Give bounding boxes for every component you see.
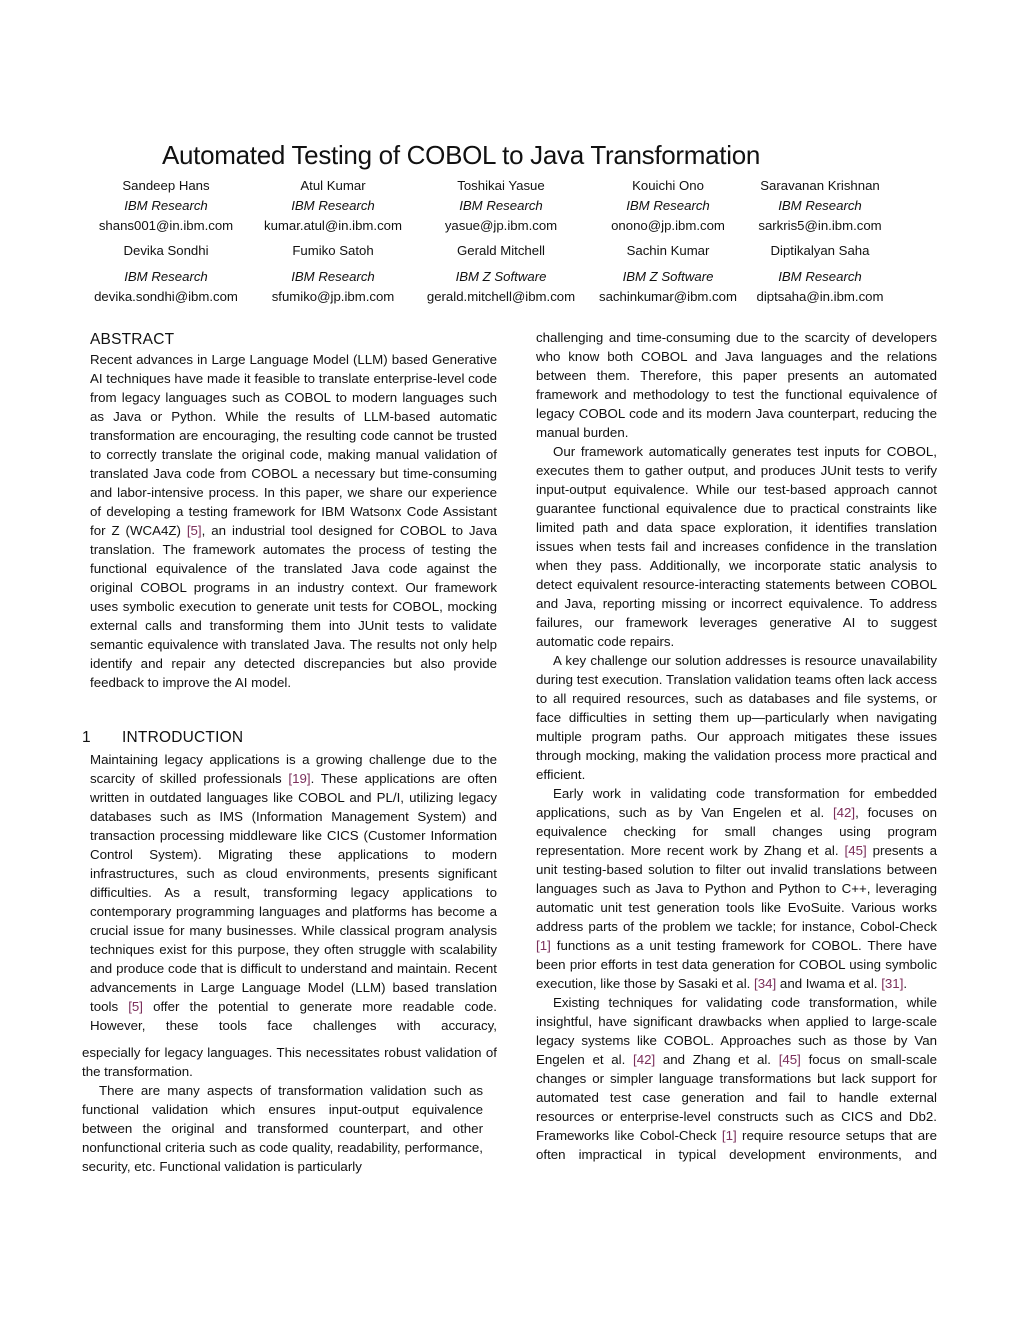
paragraph-text: and Iwama et al. — [776, 976, 881, 991]
author-affiliation: IBM Research — [750, 269, 890, 289]
author-email: yasue@jp.ibm.com — [416, 218, 586, 233]
citation-link[interactable]: [45] — [779, 1052, 801, 1067]
citation-link[interactable]: [5] — [128, 999, 143, 1014]
author-email: gerald.mitchell@ibm.com — [416, 289, 586, 304]
introduction-heading-row: 1INTRODUCTION — [82, 728, 497, 748]
author-name: Sandeep Hans — [82, 178, 250, 198]
author-affiliation: IBM Research — [250, 269, 416, 289]
left-column-upper: ABSTRACT Recent advances in Large Langua… — [90, 330, 497, 692]
paragraph-text: offer the potential to generate more rea… — [90, 999, 497, 1033]
author-email: devika.sondhi@ibm.com — [82, 289, 250, 304]
author-email: sfumiko@jp.ibm.com — [250, 289, 416, 304]
author-row-1: Sandeep Hans IBM Research shans001@in.ib… — [110, 178, 940, 233]
intro-paragraph-6: Existing techniques for validating code … — [536, 993, 937, 1164]
left-column-lower: especially for legacy languages. This ne… — [82, 1043, 497, 1176]
citation-link[interactable]: [31] — [881, 976, 903, 991]
paragraph-text: . — [903, 976, 907, 991]
paragraph-text: . These applications are often written i… — [90, 771, 497, 1014]
intro-paragraph-4: A key challenge our solution addresses i… — [536, 651, 937, 784]
intro-paragraph-2: There are many aspects of transformation… — [82, 1081, 483, 1176]
intro-paragraph-3: Our framework automatically generates te… — [536, 442, 937, 651]
intro-paragraph-5: Early work in validating code transforma… — [536, 784, 937, 993]
abstract-heading: ABSTRACT — [90, 330, 497, 349]
author-affiliation: IBM Research — [250, 198, 416, 218]
author-name: Toshikai Yasue — [416, 178, 586, 198]
author-name: Sachin Kumar — [586, 243, 750, 269]
abstract-text: Recent advances in Large Language Model … — [90, 350, 497, 692]
citation-link[interactable]: [42] — [833, 805, 855, 820]
author-email: shans001@in.ibm.com — [82, 218, 250, 233]
author-email: kumar.atul@in.ibm.com — [250, 218, 416, 233]
left-column-intro: Maintaining legacy applications is a gro… — [90, 750, 497, 1035]
author-name: Saravanan Krishnan — [750, 178, 890, 198]
section-heading: 1INTRODUCTION — [82, 728, 497, 747]
author-affiliation: IBM Research — [416, 198, 586, 218]
abstract-text-part: , an industrial tool designed for COBOL … — [90, 523, 497, 690]
paper-title: Automated Testing of COBOL to Java Trans… — [0, 140, 922, 171]
citation-link[interactable]: [1] — [722, 1128, 737, 1143]
author-affiliation: IBM Z Software — [586, 269, 750, 289]
author-name: Kouichi Ono — [586, 178, 750, 198]
intro-paragraph-2-continued: challenging and time-consuming due to th… — [536, 328, 937, 442]
intro-paragraph-1: Maintaining legacy applications is a gro… — [90, 750, 497, 1035]
citation-link[interactable]: [1] — [536, 938, 551, 953]
author-row-2: Devika Sondhi IBM Research devika.sondhi… — [110, 243, 940, 304]
author-block: Devika Sondhi IBM Research devika.sondhi… — [82, 243, 250, 304]
paragraph-text: and Zhang et al. — [655, 1052, 778, 1067]
author-block: Gerald Mitchell IBM Z Software gerald.mi… — [416, 243, 586, 304]
author-block: Atul Kumar IBM Research kumar.atul@in.ib… — [250, 178, 416, 233]
author-block: Sandeep Hans IBM Research shans001@in.ib… — [82, 178, 250, 233]
citation-link[interactable]: [45] — [845, 843, 867, 858]
author-affiliation: IBM Research — [82, 269, 250, 289]
author-name: Atul Kumar — [250, 178, 416, 198]
author-email: sarkris5@in.ibm.com — [750, 218, 890, 233]
author-email: onono@jp.ibm.com — [586, 218, 750, 233]
citation-link[interactable]: [5] — [187, 523, 202, 538]
author-block: Kouichi Ono IBM Research onono@jp.ibm.co… — [586, 178, 750, 233]
author-affiliation: IBM Research — [82, 198, 250, 218]
citation-link[interactable]: [19] — [288, 771, 310, 786]
citation-link[interactable]: [42] — [633, 1052, 655, 1067]
author-name: Fumiko Satoh — [250, 243, 416, 269]
author-block: Sachin Kumar IBM Z Software sachinkumar@… — [586, 243, 750, 304]
author-affiliation: IBM Z Software — [416, 269, 586, 289]
section-number: 1 — [82, 728, 122, 747]
author-name: Devika Sondhi — [82, 243, 250, 269]
author-name: Gerald Mitchell — [416, 243, 586, 269]
author-email: sachinkumar@ibm.com — [586, 289, 750, 304]
intro-paragraph-1-continued: especially for legacy languages. This ne… — [82, 1043, 497, 1081]
right-column: challenging and time-consuming due to th… — [536, 328, 937, 1164]
author-block: Fumiko Satoh IBM Research sfumiko@jp.ibm… — [250, 243, 416, 304]
author-affiliation: IBM Research — [750, 198, 890, 218]
author-block: Saravanan Krishnan IBM Research sarkris5… — [750, 178, 890, 233]
citation-link[interactable]: [34] — [754, 976, 776, 991]
abstract-text-part: Recent advances in Large Language Model … — [90, 352, 497, 538]
author-affiliation: IBM Research — [586, 198, 750, 218]
author-email: diptsaha@in.ibm.com — [750, 289, 890, 304]
author-block: Toshikai Yasue IBM Research yasue@jp.ibm… — [416, 178, 586, 233]
author-name: Diptikalyan Saha — [750, 243, 890, 269]
section-title: INTRODUCTION — [122, 729, 243, 746]
author-block: Diptikalyan Saha IBM Research diptsaha@i… — [750, 243, 890, 304]
